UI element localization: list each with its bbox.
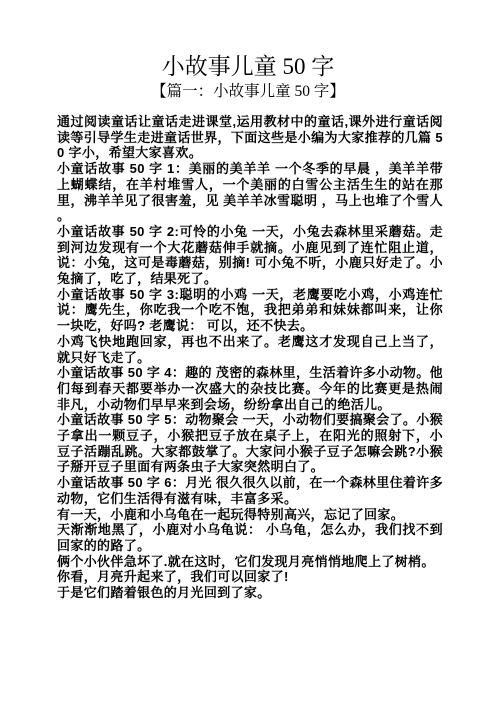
document-body: 通过阅读童话让童话走进课堂,运用教材中的童话,课外进行童话阅读等引导学生走进童话… [57,114,443,601]
document-page: 小故事儿童 50 字 【篇一：小故事儿童 50 字】 通过阅读童话让童话走进课堂… [0,0,496,702]
story-6-line-3: 天渐渐地黑了，小鹿对小乌龟说： 小乌龟，怎么办，我们找不到回家的的路了。 [57,522,443,553]
story-6-line-6: 于是它们踏着银色的月光回到了家。 [57,585,443,601]
story-6-line-2: 有一天，小鹿和小乌龟在一起玩得特别高兴，忘记了回家。 [57,507,443,523]
document-header: 小故事儿童 50 字 【篇一：小故事儿童 50 字】 [0,52,496,102]
story-6-line-5: 你看，月亮升起来了，我们可以回家了! [57,569,443,585]
story-5-paragraph: 小童话故事 50 字 5：动物聚会 一天，小动物们要搞聚会了。小猴子拿出一颗豆子… [57,412,443,475]
page-title: 小故事儿童 50 字 [0,52,496,82]
intro-paragraph: 通过阅读童话让童话走进课堂,运用教材中的童话,课外进行童话阅读等引导学生走进童话… [57,114,443,161]
story-6-line-4: 俩个小伙伴急坏了.就在这时，它们发现月亮悄悄地爬上了树梢。 [57,554,443,570]
section-subtitle: 【篇一：小故事儿童 50 字】 [0,82,496,102]
story-2-paragraph: 小童话故事 50 字 2:可怜的小兔 一天，小兔去森林里采蘑菇。走到河边发现有一… [57,224,443,287]
story-3-ending-paragraph: 小鸡飞快地跑回家，再也不出来了。老鹰这才发现自己上当了，就只好飞走了。 [57,334,443,365]
story-4-paragraph: 小童话故事 50 字 4：趣的 茂密的森林里，生活着许多小动物。他们每到春天都要… [57,365,443,412]
story-6-paragraph: 小童话故事 50 字 6：月光 很久很久以前，在一个森林里住着许多动物，它们生活… [57,475,443,506]
story-1-paragraph: 小童话故事 50 字 1：美丽的美羊羊 一个冬季的早晨 ，美羊羊带上蝴蝶结，在羊… [57,161,443,224]
story-3-paragraph: 小童话故事 50 字 3:聪明的小鸡 一天，老鹰要吃小鸡，小鸡连忙说：鹰先生，你… [57,287,443,334]
